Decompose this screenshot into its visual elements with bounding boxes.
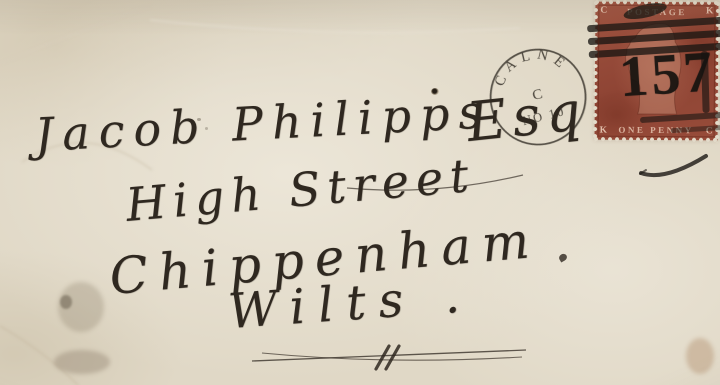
rust-stain xyxy=(686,338,714,374)
cancel-bar xyxy=(587,17,720,32)
cancel-number-157: 157 xyxy=(618,42,717,106)
ink-speck xyxy=(431,88,439,95)
cancel-ink-blob xyxy=(622,0,668,22)
pen-tail-line xyxy=(345,170,530,200)
barred-numeral-cancel: 157 xyxy=(591,0,720,144)
address-honorific: Esq xyxy=(464,84,589,150)
cancel-ink-swoosh xyxy=(638,150,712,182)
ink-speck xyxy=(205,127,208,130)
paper-smudge xyxy=(60,295,72,309)
paper-smudge xyxy=(54,350,110,374)
penny-red-stamp: POSTAGE ONE PENNY C K K C 157 xyxy=(595,2,719,141)
signature-flourish xyxy=(248,344,533,374)
cancel-bar xyxy=(671,125,720,134)
ink-speck xyxy=(197,118,201,121)
envelope: CALNE C NO 10 Jacob Philipps Esq High St… xyxy=(0,0,720,385)
cancel-bar xyxy=(640,112,720,124)
